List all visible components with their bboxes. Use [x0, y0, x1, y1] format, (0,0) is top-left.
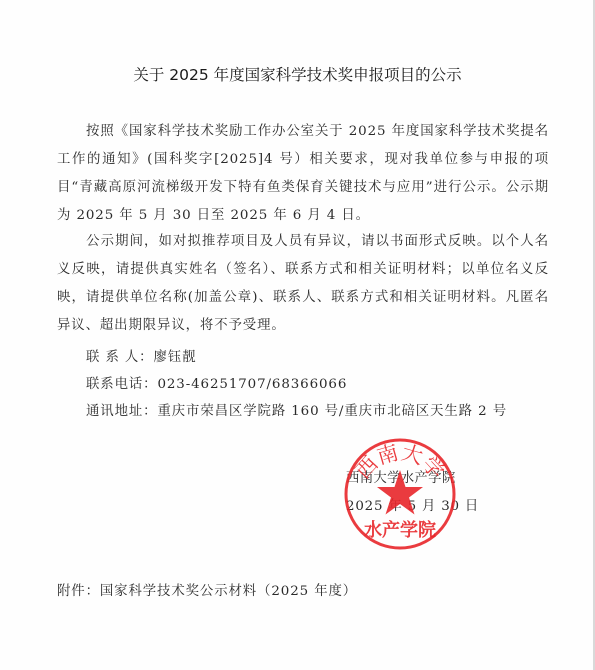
- contact-phone-line: 联系电话：023-46251707/68366066: [86, 371, 347, 399]
- contact-address-label: 通讯地址：: [86, 398, 157, 426]
- stamp-bottom-text: 水产学院: [364, 519, 436, 541]
- official-seal-icon: 西南大学 水产学院: [342, 436, 458, 552]
- attachment-note: 附件：国家科学技术奖公示材料（2025 年度）: [57, 580, 357, 599]
- contact-person-value: 廖钰靓: [153, 350, 196, 365]
- contact-person-line: 联 系 人：廖钰靓: [86, 344, 196, 372]
- contact-phone-value: 023-46251707/68366066: [157, 377, 347, 392]
- contact-phone-label: 联系电话：: [86, 371, 157, 399]
- contact-address-value: 重庆市荣昌区学院路 160 号/重庆市北碚区天生路 2 号: [157, 404, 507, 419]
- signature-organization: 西南大学水产学院: [346, 467, 456, 486]
- signature-date: 2025 年 5 月 30 日: [346, 495, 479, 514]
- contact-address-line: 通讯地址：重庆市荣昌区学院路 160 号/重庆市北碚区天生路 2 号: [86, 398, 507, 426]
- page-title: 关于 2025 年度国家科学技术奖申报项目的公示: [0, 63, 595, 85]
- paragraph-text: 公示期间，如对拟推荐项目及人员有异议，请以书面形式反映。以个人名义反映，请提供真…: [57, 234, 549, 333]
- paragraph-basis: 按照《国家科学技术奖励工作办公室关于 2025 年度国家科学技术奖提名工作的通知…: [57, 118, 549, 230]
- paragraph-text: 按照《国家科学技术奖励工作办公室关于 2025 年度国家科学技术奖提名工作的通知…: [57, 124, 549, 223]
- paragraph-objection: 公示期间，如对拟推荐项目及人员有异议，请以书面形式反映。以个人名义反映，请提供真…: [57, 228, 549, 340]
- contact-person-label: 联 系 人：: [86, 344, 153, 372]
